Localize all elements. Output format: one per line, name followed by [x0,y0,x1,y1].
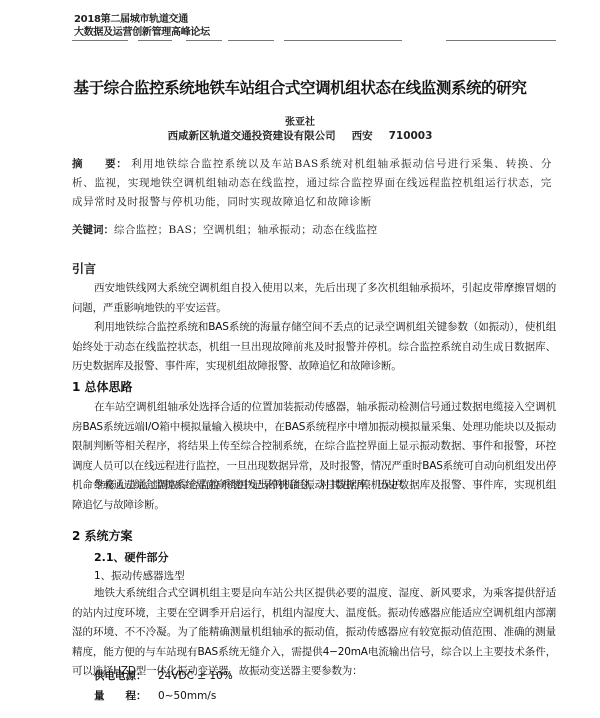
paper-page: 2018第二届城市轨道交通 大数据及运营创新管理高峰论坛 基于综合监控系统地铁车… [0,0,600,718]
spec-value: 0~50mm/s [158,690,216,702]
spec-row-power: 供电电源：24VDC ± 10% [94,668,233,683]
running-head-line2: 大数据及运营创新管理高峰论坛 [74,26,210,39]
header-rule [72,40,556,41]
spec-key: 供电电源： [94,668,156,683]
section-2-paragraph-1: 地铁大系统组合式空调机组主要是向车站公共区提供必要的温度、湿度、新风要求，为乘客… [72,584,556,682]
spec-value: 24VDC ± 10% [158,670,233,682]
author-name: 张亚社 [0,113,600,128]
abstract-text: 利用地铁综合监控系统以及车站BAS系统对机组轴承振动信号进行采集、转换、分析、监… [72,158,552,208]
heading-section-1: 1 总体思路 [72,378,133,395]
paper-title: 基于综合监控系统地铁车站组合式空调机组状态在线监测系统的研究 [0,76,600,98]
running-head: 2018第二届城市轨道交通 大数据及运营创新管理高峰论坛 [74,13,210,39]
affiliation: 西咸新区轨道交通投资建设有限公司西安710003 [0,128,600,143]
affiliation-postcode: 710003 [389,130,433,142]
affiliation-org: 西咸新区轨道交通投资建设有限公司 [168,130,336,142]
abstract-label: 摘 要： [72,158,127,170]
keywords: 关键词：综合监控；BAS；空调机组；轴承振动；动态在线监控 [72,222,552,238]
heading-sensor-selection: 1、振动传感器选型 [94,568,185,583]
keywords-label: 关键词： [72,224,114,236]
section-1-paragraph-2: 维修人员通过调取综合监控系统中记录的机组振动日数据库、历史数据库及报警、事件库，… [72,476,556,515]
running-head-line1: 2018第二届城市轨道交通 [74,13,210,26]
heading-intro: 引言 [72,260,96,277]
spec-row-range: 量 程：0~50mm/s [94,688,216,703]
keywords-text: 综合监控；BAS；空调机组；轴承振动；动态在线监控 [114,224,378,236]
affiliation-city: 西安 [352,130,373,142]
intro-paragraph-2: 利用地铁综合监控系统和BAS系统的海量存储空间不丢点的记录空调机组关键参数（如振… [72,318,556,377]
intro-paragraph-1: 西安地铁线网大系统空调机组自投入使用以来，先后出现了多次机组轴承损坏，引起皮带摩… [72,279,556,318]
heading-section-2: 2 系统方案 [72,527,133,544]
heading-section-2-1: 2.1、硬件部分 [94,549,169,565]
abstract: 摘 要：利用地铁综合监控系统以及车站BAS系统对机组轴承振动信号进行采集、转换、… [72,155,552,212]
spec-key: 量 程： [94,688,156,703]
